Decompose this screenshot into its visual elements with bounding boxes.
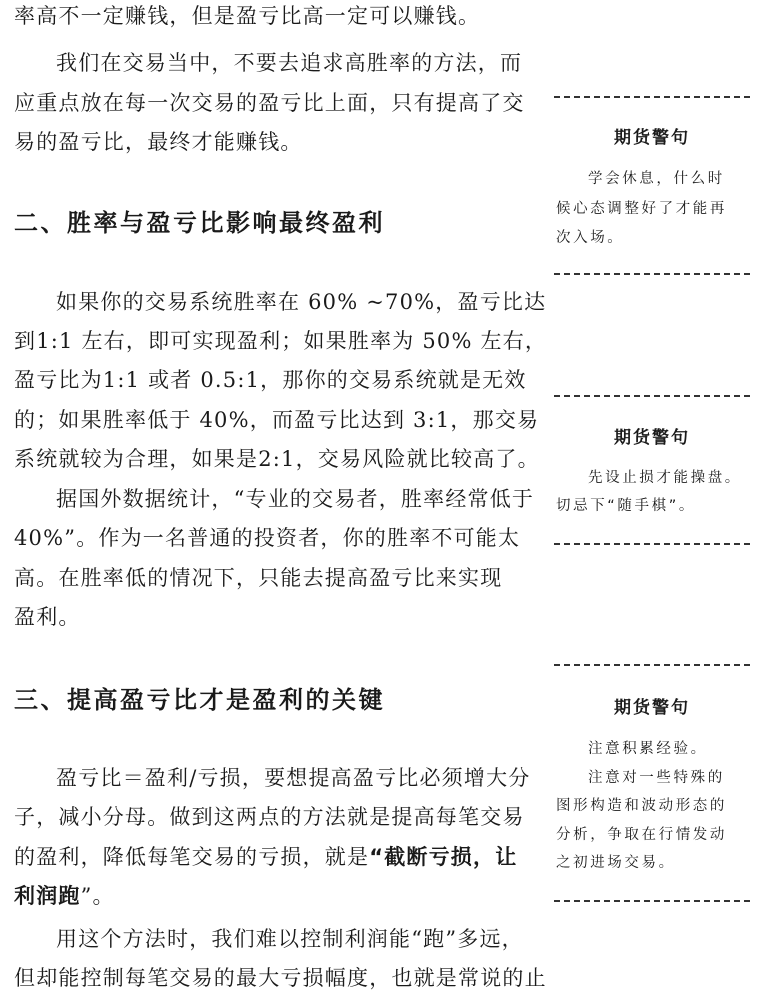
tip-line: 次入场。 bbox=[556, 229, 624, 247]
paragraph-line: 如果你的交易系统胜率在 60% ~70%，盈亏比达 bbox=[56, 290, 546, 314]
paragraph-line: 的盈利，降低每笔交易的亏损，就是“截断亏损，让 bbox=[14, 845, 517, 869]
section-heading-2: 二、胜率与盈亏比影响最终盈利 bbox=[14, 209, 385, 237]
tip-title: 期货警句 bbox=[554, 698, 750, 718]
paragraph-line: 系统就较为合理，如果是2:1，交易风险就比较高了。 bbox=[14, 447, 540, 471]
paragraph-line: 利润跑”。 bbox=[14, 884, 115, 908]
paragraph-line: 应重点放在每一次交易的盈亏比上面，只有提高了交 bbox=[14, 91, 525, 115]
paragraph-line: 但却能控制每笔交易的最大亏损幅度，也就是常说的止 bbox=[14, 966, 547, 990]
tip-title: 期货警句 bbox=[554, 428, 750, 448]
section-heading-3: 三、提高盈亏比才是盈利的关键 bbox=[14, 686, 385, 714]
tip-title: 期货警句 bbox=[554, 128, 750, 148]
dashed-divider bbox=[554, 664, 750, 666]
paragraph-line: 易的盈亏比，最终才能赚钱。 bbox=[14, 130, 303, 154]
tip-line: 学会休息，什么时 bbox=[588, 170, 725, 188]
dashed-divider bbox=[554, 543, 750, 545]
paragraph-line: 据国外数据统计，“专业的交易者，胜率经常低于 bbox=[56, 487, 534, 511]
dashed-divider bbox=[554, 395, 750, 397]
tip-line: 切忌下“随手棋”。 bbox=[556, 497, 696, 515]
paragraph-line: 我们在交易当中，不要去追求高胜率的方法，而 bbox=[56, 51, 522, 75]
dashed-divider bbox=[554, 273, 750, 275]
text-run: 的盈利，降低每笔交易的亏损，就是 bbox=[14, 845, 369, 869]
paragraph-line: 盈亏比＝盈利/亏损，要想提高盈亏比必须增大分 bbox=[56, 766, 530, 790]
dashed-divider bbox=[554, 96, 750, 98]
paragraph-line: 到1:1 左右，即可实现盈利；如果胜率为 50% 左右， bbox=[14, 329, 547, 353]
tip-line: 先设止损才能操盘。 bbox=[588, 469, 742, 487]
paragraph-line: 的；如果胜率低于 40%，而盈亏比达到 3:1，那交易 bbox=[14, 408, 539, 432]
paragraph-line: 高。在胜率低的情况下，只能去提高盈亏比来实现 bbox=[14, 566, 502, 590]
tip-line: 分析，争取在行情发动 bbox=[556, 826, 727, 844]
dashed-divider bbox=[554, 900, 750, 902]
emphasis-text: 利润跑 bbox=[14, 884, 81, 908]
paragraph-line: 盈利。 bbox=[14, 605, 81, 629]
paragraph-line: 率高不一定赚钱，但是盈亏比高一定可以赚钱。 bbox=[14, 4, 480, 28]
tip-line: 之初进场交易。 bbox=[556, 854, 676, 872]
tip-line: 注意对一些特殊的 bbox=[588, 769, 725, 787]
emphasis-text: “截断亏损，让 bbox=[369, 845, 517, 869]
paragraph-line: 盈亏比为1:1 或者 0.5:1，那你的交易系统就是无效 bbox=[14, 368, 527, 392]
tip-line: 图形构造和波动形态的 bbox=[556, 797, 727, 815]
tip-line: 候心态调整好了才能再 bbox=[556, 200, 727, 218]
paragraph-line: 用这个方法时，我们难以控制利润能“跑”多远， bbox=[56, 927, 524, 951]
paragraph-line: 40%”。作为一名普通的投资者，你的胜率不可能太 bbox=[14, 526, 520, 550]
text-run: ”。 bbox=[81, 884, 115, 908]
tip-line: 注意积累经验。 bbox=[588, 740, 708, 758]
paragraph-line: 子，减小分母。做到这两点的方法就是提高每笔交易 bbox=[14, 805, 525, 829]
